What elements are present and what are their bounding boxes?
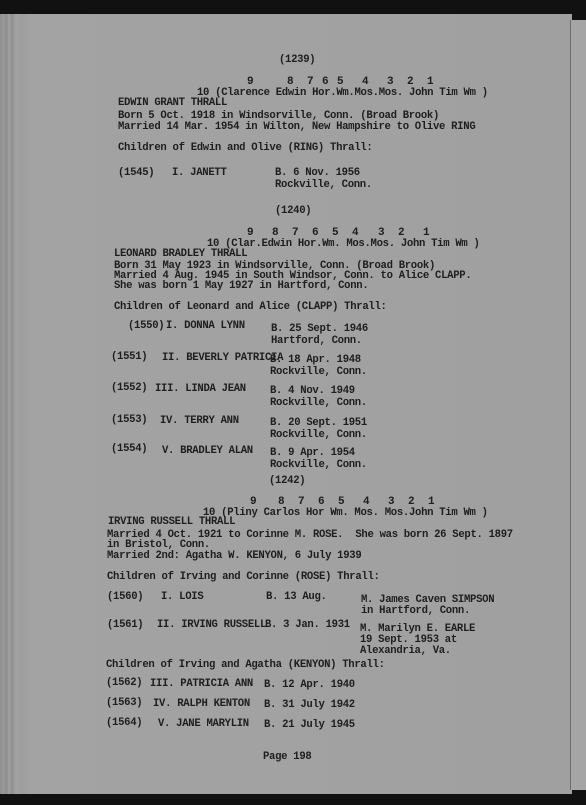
person-name: IRVING RUSSELL THRALL — [108, 516, 235, 528]
child-number: (1560) — [107, 591, 143, 603]
section-id: (1240) — [275, 205, 311, 217]
detail-line: Married 2nd: Agatha W. KENYON, 6 July 19… — [107, 550, 361, 562]
child-place: Rockville, Conn. — [270, 366, 367, 378]
detail-line: Married 14 Mar. 1954 in Wilton, New Hamp… — [118, 121, 475, 133]
section-id: (1239) — [279, 54, 315, 66]
child-name: V. BRADLEY ALAN — [162, 445, 253, 457]
children-heading: Children of Leonard and Alice (CLAPP) Th… — [114, 301, 387, 313]
child-birth: B. 9 Apr. 1954 — [270, 447, 355, 459]
page-number: Page 198 — [263, 751, 311, 763]
child-name: I. JANETT — [172, 167, 227, 179]
child-place: Rockville, Conn. — [275, 179, 372, 191]
child-birth: B. 13 Aug. — [266, 591, 327, 603]
children-heading: Children of Irving and Agatha (KENYON) T… — [106, 659, 385, 671]
child-name: III. PATRICIA ANN — [150, 678, 253, 690]
child-birth: B. 21 July 1945 — [264, 719, 355, 731]
children-heading: Children of Edwin and Olive (RING) Thral… — [118, 142, 372, 154]
child-place: Rockville, Conn. — [270, 429, 367, 441]
child-name: V. JANE MARYLIN — [158, 718, 249, 730]
child-number: (1562) — [106, 677, 142, 689]
child-name: II. BEVERLY PATRICIA — [162, 352, 283, 364]
lineage-line: 10 (Pliny Carlos Hor Wm. Mos. Mos.John T… — [203, 507, 488, 519]
child-name: IV. RALPH KENTON — [153, 698, 250, 710]
child-place: Hartford, Conn. — [271, 335, 362, 347]
child-place: Rockville, Conn. — [270, 397, 367, 409]
section-id: (1242) — [269, 475, 305, 487]
adjacent-page-edge — [570, 20, 586, 790]
child-name: IV. TERRY ANN — [160, 415, 239, 427]
child-birth: B. 6 Nov. 1956 — [275, 167, 360, 179]
child-marriage: Alexandria, Va. — [360, 645, 451, 657]
children-heading: Children of Irving and Corinne (ROSE) Th… — [107, 571, 380, 583]
child-name: I. LOIS — [161, 591, 203, 603]
child-name: II. IRVING RUSSELL — [157, 619, 266, 631]
child-birth: B. 12 Apr. 1940 — [264, 679, 355, 691]
child-birth: B. 18 Apr. 1948 — [270, 354, 361, 366]
document-page: (1239) 9 8 7 6 5 4 3 2 1 10 (Clarence Ed… — [0, 14, 572, 794]
child-place: Rockville, Conn. — [270, 459, 367, 471]
child-birth: B. 20 Sept. 1951 — [270, 417, 367, 429]
child-number: (1553) — [111, 414, 147, 426]
lineage-line: 10 (Clar.Edwin Hor.Wm. Mos.Mos. John Tim… — [207, 238, 480, 250]
lineage-line: 10 (Clarence Edwin Hor.Wm.Mos.Mos. John … — [197, 87, 488, 99]
child-birth: B. 3 Jan. 1931 — [265, 619, 350, 631]
person-name: LEONARD BRADLEY THRALL — [114, 248, 247, 260]
child-number: (1550) — [128, 320, 164, 332]
person-name: EDWIN GRANT THRALL — [118, 97, 227, 109]
child-number: (1563) — [106, 697, 142, 709]
child-name: III. LINDA JEAN — [155, 383, 246, 395]
detail-line: She was born 1 May 1927 in Hartford, Con… — [114, 280, 368, 292]
child-birth: B. 25 Sept. 1946 — [271, 323, 368, 335]
child-number: (1561) — [107, 619, 143, 631]
child-number: (1551) — [111, 351, 147, 363]
child-number: (1554) — [111, 443, 147, 455]
child-birth: B. 31 July 1942 — [264, 699, 355, 711]
child-birth: B. 4 Nov. 1949 — [270, 385, 355, 397]
child-number: (1545) — [118, 167, 154, 179]
child-number: (1552) — [111, 382, 147, 394]
child-number: (1564) — [106, 717, 142, 729]
child-marriage: in Hartford, Conn. — [361, 605, 470, 617]
child-name: I. DONNA LYNN — [166, 320, 245, 332]
